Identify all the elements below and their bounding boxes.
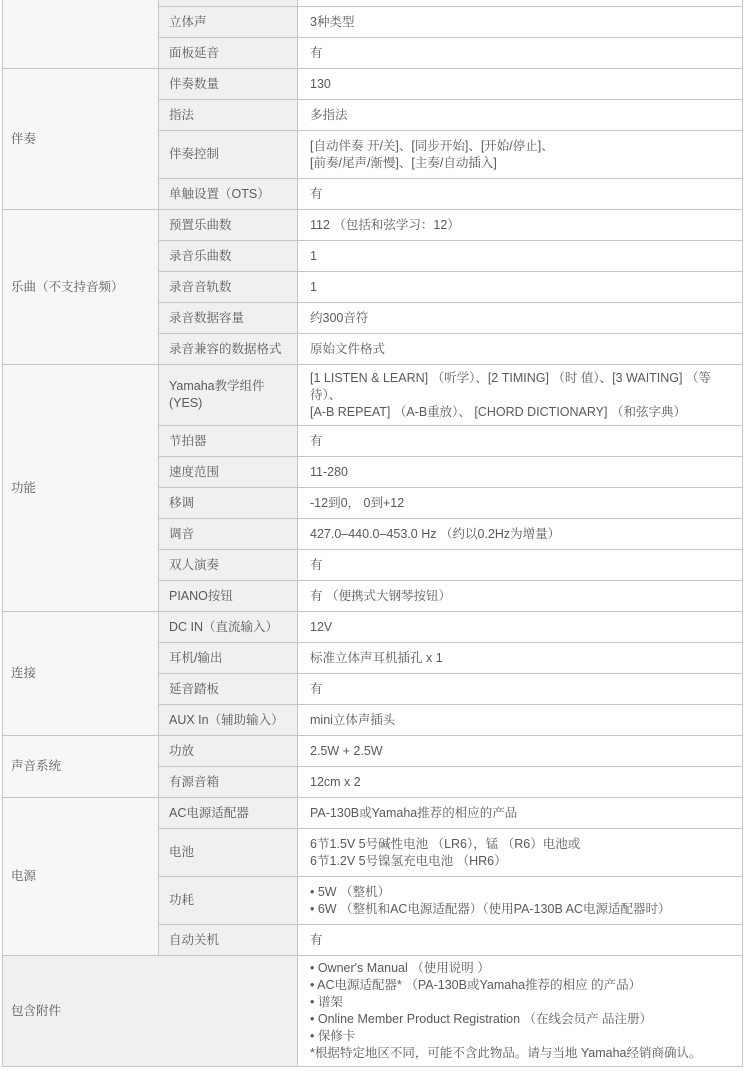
spec-value-cell: 有 <box>298 426 743 457</box>
value-line: *根据特定地区不同，可能不含此物品。请与当地 Yamaha经销商确认。 <box>310 1045 730 1062</box>
spec-label-cell: 立体声 <box>159 7 298 38</box>
spec-label-cell: PIANO按钮 <box>159 581 298 612</box>
spec-label-cell: Yamaha教学组件 (YES) <box>159 365 298 426</box>
spec-label-cell: AUX In（辅助输入） <box>159 705 298 736</box>
value-line: • Owner's Manual （使用说明 ） <box>310 960 730 977</box>
spec-label-cell: 电池 <box>159 829 298 877</box>
category-cell: 功能 <box>3 365 159 612</box>
spec-label-cell: 功耗 <box>159 877 298 925</box>
spec-label-cell: 预置乐曲数 <box>159 210 298 241</box>
category-cell <box>3 0 159 69</box>
value-line: • 5W （整机） <box>310 884 730 901</box>
spec-value-cell: PA-130B或Yamaha推荐的相应的产品 <box>298 798 743 829</box>
value-line: [前奏/尾声/渐慢]、[主奏/自动插入] <box>310 155 730 172</box>
category-cell: 电源 <box>3 798 159 956</box>
spec-label-cell: 节拍器 <box>159 426 298 457</box>
spec-label-cell: 调音 <box>159 519 298 550</box>
spec-value-cell: 有 <box>298 179 743 210</box>
category-cell: 声音系统 <box>3 736 159 798</box>
table-row: 乐曲（不支持音频） 预置乐曲数 112 （包括和弦学习：12） <box>3 210 743 241</box>
value-line: [自动伴奏 开/关]、[同步开始]、[开始/停止]、 <box>310 138 730 155</box>
spec-value-cell: 3种类型 <box>298 7 743 38</box>
spec-value-cell: 12V <box>298 612 743 643</box>
value-line: • 保修卡 <box>310 1028 730 1045</box>
table-row: 电源 AC电源适配器 PA-130B或Yamaha推荐的相应的产品 <box>3 798 743 829</box>
value-line: • 6W （整机和AC电源适配器）（使用PA-130B AC电源适配器时） <box>310 901 730 918</box>
spec-label-cell: 移调 <box>159 488 298 519</box>
spec-value-cell: 1 <box>298 272 743 303</box>
spec-value-cell: 427.0–440.0–453.0 Hz （约以0.2Hz为增量） <box>298 519 743 550</box>
spec-label-cell: 速度范围 <box>159 457 298 488</box>
spec-label-cell: 指法 <box>159 100 298 131</box>
spec-label-cell: 录音数据容量 <box>159 303 298 334</box>
spec-value-cell: 12cm x 2 <box>298 767 743 798</box>
spec-label-cell: 自动关机 <box>159 925 298 956</box>
spec-label-cell: 延音踏板 <box>159 674 298 705</box>
spec-value-cell: mini立体声插头 <box>298 705 743 736</box>
spec-value-cell: -12到0， 0到+12 <box>298 488 743 519</box>
spec-value-cell: 多指法 <box>298 100 743 131</box>
spec-value-cell: 1 <box>298 241 743 272</box>
spec-label-cell: 双人演奏 <box>159 550 298 581</box>
spec-value-cell: 有 <box>298 674 743 705</box>
value-line: [1 LISTEN & LEARN] （听学）、[2 TIMING] （时 值）… <box>310 370 730 404</box>
spec-label-cell: 功放 <box>159 736 298 767</box>
table-row: 连接 DC IN（直流输入） 12V <box>3 612 743 643</box>
value-line: • AC电源适配器* （PA-130B或Yamaha推荐的相应 的产品） <box>310 977 730 994</box>
table-row: 伴奏 伴奏数量 130 <box>3 69 743 100</box>
spec-value-cell: 6节1.5V 5号碱性电池 （LR6），锰 （R6）电池或 6节1.2V 5号镍… <box>298 829 743 877</box>
spec-value-cell: 2.5W + 2.5W <box>298 736 743 767</box>
value-line: 6节1.5V 5号碱性电池 （LR6），锰 （R6）电池或 <box>310 836 730 853</box>
spec-label-cell: 伴奏数量 <box>159 69 298 100</box>
spec-value-cell: 有 <box>298 550 743 581</box>
spec-label-cell: 录音兼容的数据格式 <box>159 334 298 365</box>
specs-table: 立体声 3种类型 面板延音 有 伴奏 伴奏数量 130 指法 多指法 伴奏控制 … <box>2 0 743 1067</box>
spec-value-cell: • 5W （整机） • 6W （整机和AC电源适配器）（使用PA-130B AC… <box>298 877 743 925</box>
spec-value-cell: 原始文件格式 <box>298 334 743 365</box>
value-line: • Online Member Product Registration （在线… <box>310 1011 730 1028</box>
spec-label-cell: 面板延音 <box>159 38 298 69</box>
value-line: • 谱架 <box>310 994 730 1011</box>
spec-label-cell: 耳机/输出 <box>159 643 298 674</box>
category-cell: 伴奏 <box>3 69 159 210</box>
spec-value-cell: 有 （便携式大钢琴按钮） <box>298 581 743 612</box>
spec-value-cell: • Owner's Manual （使用说明 ） • AC电源适配器* （PA-… <box>298 956 743 1067</box>
spec-label-cell: 有源音箱 <box>159 767 298 798</box>
category-cell: 乐曲（不支持音频） <box>3 210 159 365</box>
spec-label-cell: 单触设置（OTS） <box>159 179 298 210</box>
spec-value-cell: 约300音符 <box>298 303 743 334</box>
category-cell: 连接 <box>3 612 159 736</box>
category-cell: 包含附件 <box>3 956 298 1067</box>
table-row: 功能 Yamaha教学组件 (YES) [1 LISTEN & LEARN] （… <box>3 365 743 426</box>
spec-value-cell: 130 <box>298 69 743 100</box>
spec-label-cell: DC IN（直流输入） <box>159 612 298 643</box>
value-line: [A-B REPEAT] （A-B重放）、 [CHORD DICTIONARY]… <box>310 404 730 421</box>
spec-value-cell: [1 LISTEN & LEARN] （听学）、[2 TIMING] （时 值）… <box>298 365 743 426</box>
value-line: 6节1.2V 5号镍氢充电电池 （HR6） <box>310 853 730 870</box>
spec-value-cell: 有 <box>298 38 743 69</box>
spec-label-cell: 录音音轨数 <box>159 272 298 303</box>
table-row: 声音系统 功放 2.5W + 2.5W <box>3 736 743 767</box>
spec-label-cell: 录音乐曲数 <box>159 241 298 272</box>
spec-label-cell: 伴奏控制 <box>159 131 298 179</box>
table-row: 包含附件 • Owner's Manual （使用说明 ） • AC电源适配器*… <box>3 956 743 1067</box>
spec-value-cell: [自动伴奏 开/关]、[同步开始]、[开始/停止]、 [前奏/尾声/渐慢]、[主… <box>298 131 743 179</box>
spec-value-cell: 112 （包括和弦学习：12） <box>298 210 743 241</box>
spec-value-cell: 标准立体声耳机插孔 x 1 <box>298 643 743 674</box>
spec-value-cell: 有 <box>298 925 743 956</box>
spec-value-cell: 11-280 <box>298 457 743 488</box>
spec-label-cell: AC电源适配器 <box>159 798 298 829</box>
